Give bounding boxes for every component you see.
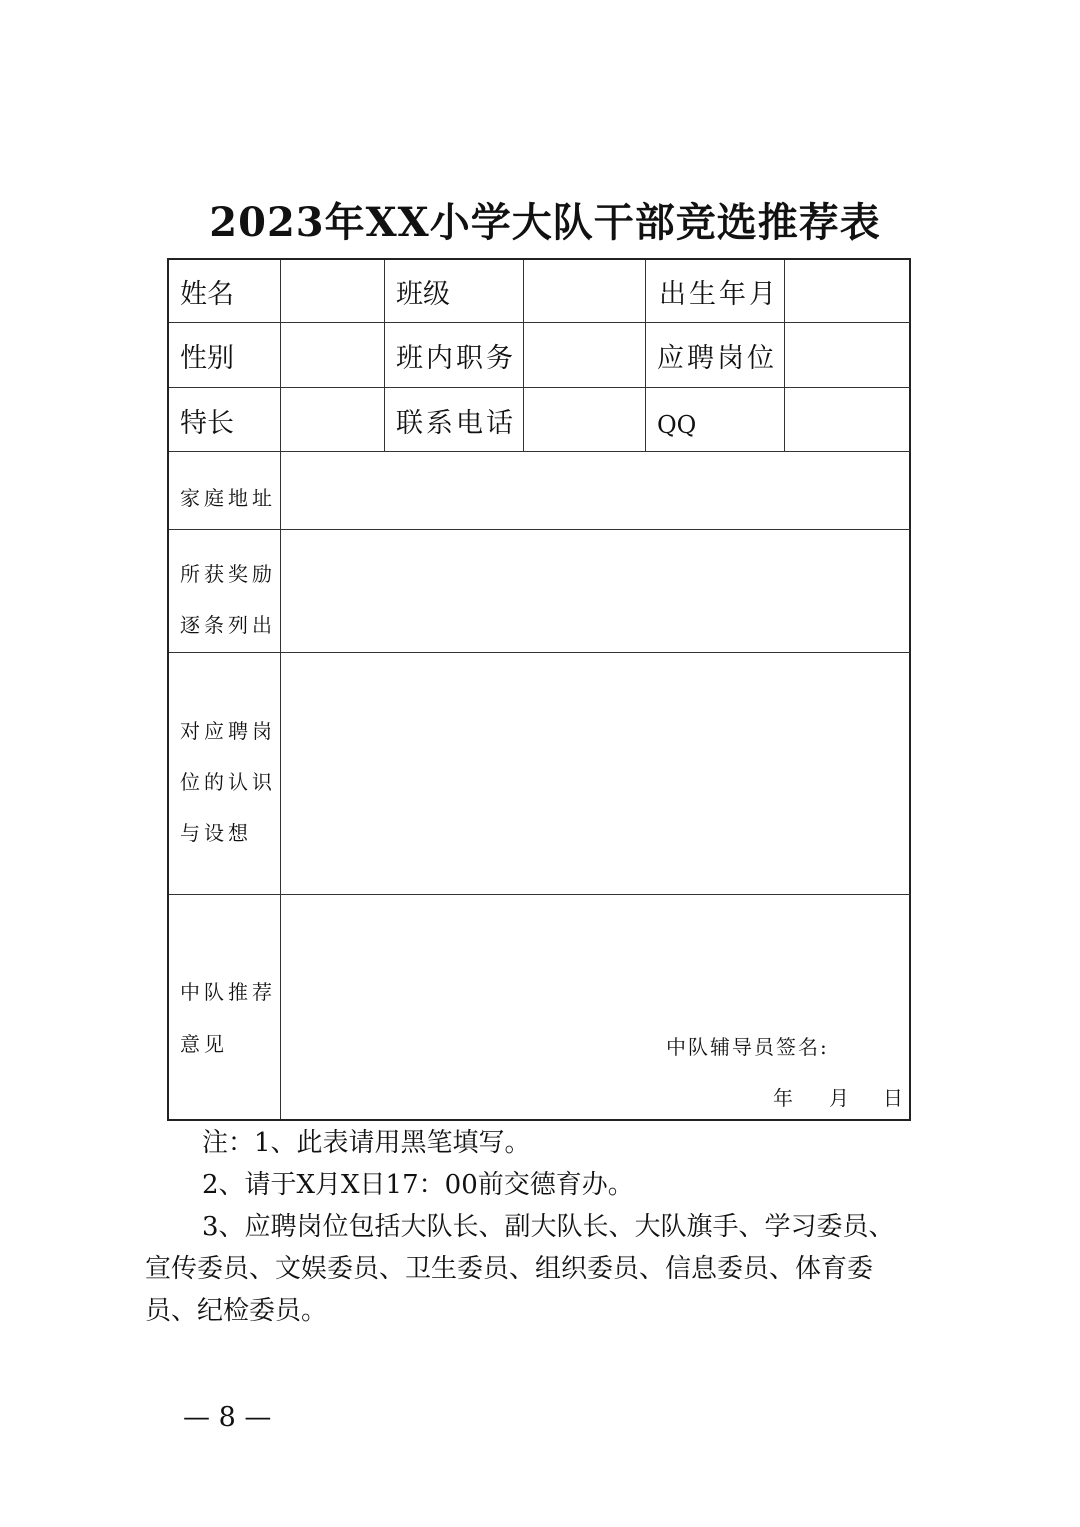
note-3-end: 员、纪检委员。	[145, 1290, 950, 1332]
specialty-field[interactable]	[282, 389, 383, 450]
date-month-label: 月	[829, 1082, 849, 1111]
gender-label: 性别	[180, 344, 234, 374]
class-role-label: 班内职务	[396, 344, 516, 374]
understanding-field[interactable]	[282, 654, 909, 893]
applied-position-field[interactable]	[786, 324, 909, 386]
note-1: 注：1、此表请用黑笔填写。	[145, 1122, 950, 1164]
column-divider	[384, 260, 385, 451]
counselor-signature-label: 中队辅导员签名:	[666, 1031, 829, 1060]
class-role-field[interactable]	[525, 324, 644, 386]
qq-label: QQ	[657, 410, 696, 440]
note-2: 2、请于X月X日17：00前交德育办。	[145, 1164, 950, 1206]
note-3-continued: 宣传委员、文娱委员、卫生委员、组织委员、信息委员、体育委	[145, 1248, 950, 1290]
specialty-label: 特长	[180, 409, 234, 439]
date-day-label: 日	[883, 1082, 903, 1111]
understanding-label-line1: 对应聘岗	[180, 719, 276, 743]
awards-label-line2: 逐条列出	[180, 613, 276, 637]
recommendation-form-table: 姓名 班级 出生年月 性别 班内职务 应聘岗位 特长 联系电话 QQ 家庭地址 …	[167, 258, 911, 1121]
birth-date-label: 出生年月	[659, 280, 779, 310]
recommendation-label-line1: 中队推荐	[180, 980, 276, 1004]
gender-field[interactable]	[282, 324, 383, 386]
column-divider	[523, 260, 524, 451]
birth-date-field[interactable]	[786, 260, 909, 321]
notes-section: 注：1、此表请用黑笔填写。 2、请于X月X日17：00前交德育办。 3、应聘岗位…	[145, 1122, 950, 1332]
understanding-label-line3: 与设想	[180, 821, 252, 845]
class-field[interactable]	[525, 260, 644, 321]
column-divider	[280, 260, 281, 1119]
date-year-label: 年	[773, 1082, 793, 1111]
name-field[interactable]	[282, 260, 383, 321]
awards-field[interactable]	[282, 531, 909, 651]
column-divider	[645, 260, 646, 451]
document-title: 2023年XX小学大队干部竞选推荐表	[0, 196, 1080, 250]
recommendation-label-line2: 意见	[180, 1032, 228, 1056]
address-field[interactable]	[282, 453, 909, 528]
column-divider	[784, 260, 785, 451]
qq-field[interactable]	[786, 389, 909, 450]
phone-field[interactable]	[525, 389, 644, 450]
understanding-label-line2: 位的认识	[180, 770, 276, 794]
recommendation-field[interactable]	[282, 896, 909, 1117]
name-label: 姓名	[180, 280, 234, 310]
applied-position-label: 应聘岗位	[657, 344, 777, 374]
awards-label-line1: 所获奖励	[180, 562, 276, 586]
phone-label: 联系电话	[396, 409, 516, 439]
note-3: 3、应聘岗位包括大队长、副大队长、大队旗手、学习委员、	[145, 1206, 950, 1248]
class-label: 班级	[396, 280, 450, 310]
page-number: — 8 —	[183, 1402, 271, 1433]
address-label: 家庭地址	[180, 486, 276, 510]
